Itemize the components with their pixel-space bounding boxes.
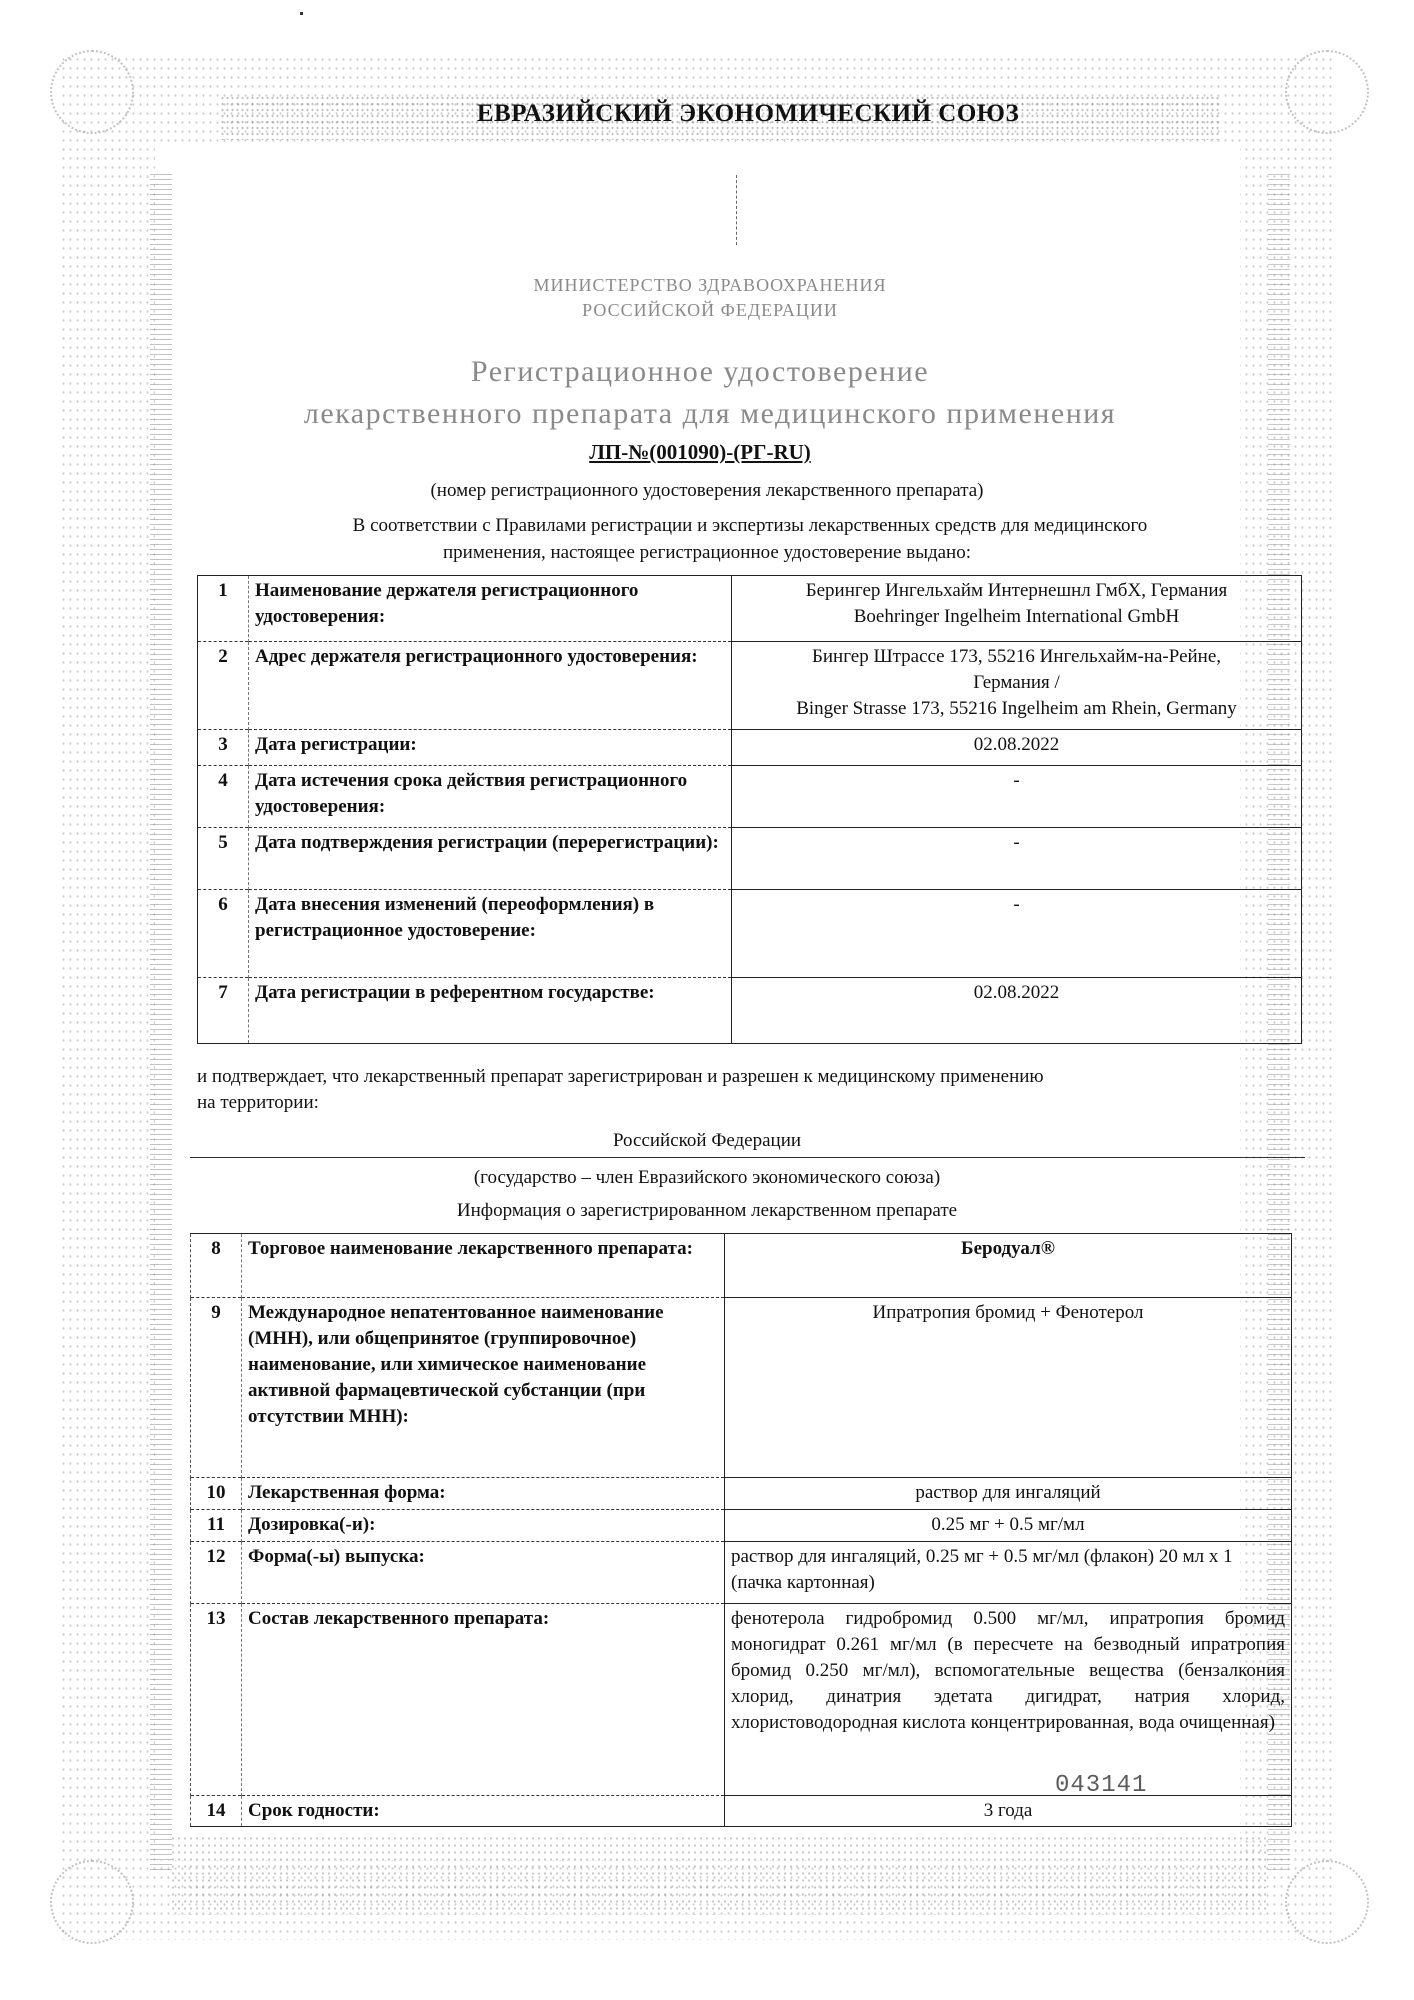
row-label: Дозировка(-и): xyxy=(242,1510,725,1542)
frame-corner-rosette-icon xyxy=(50,1860,134,1944)
row-value: Бингер Штрассе 173, 55216 Ингельхайм-на-… xyxy=(732,642,1302,730)
table-row: 13 Состав лекарственного препарата: фено… xyxy=(191,1604,1292,1796)
row-number: 9 xyxy=(191,1298,242,1478)
table-row: 4 Дата истечения срока действия регистра… xyxy=(198,766,1302,828)
registration-number: ЛП-№(001090)-(РГ-RU) xyxy=(560,440,840,465)
registration-number-caption: (номер регистрационного удостоверения ле… xyxy=(0,480,1414,502)
row-number: 7 xyxy=(198,978,249,1044)
row-label: Лекарственная форма: xyxy=(242,1478,725,1510)
row-label: Адрес держателя регистрационного удостов… xyxy=(249,642,732,730)
territory-caption: (государство – член Евразийского экономи… xyxy=(0,1167,1414,1189)
table-row: 14 Срок годности: 3 года xyxy=(191,1796,1292,1827)
table-row: 2 Адрес держателя регистрационного удост… xyxy=(198,642,1302,730)
row-number: 1 xyxy=(198,576,249,642)
table-row: 8 Торговое наименование лекарственного п… xyxy=(191,1234,1292,1298)
row-value: 02.08.2022 xyxy=(732,730,1302,766)
form-serial-number: 043141 xyxy=(1055,1772,1147,1799)
frame-ornament-bottom xyxy=(170,1835,1270,1915)
value-line: Берингер Ингельхайм Интернешнл ГмбХ, Гер… xyxy=(738,578,1295,604)
row-number: 5 xyxy=(198,828,249,890)
product-info-table: 8 Торговое наименование лекарственного п… xyxy=(190,1233,1292,1827)
table-row: 10 Лекарственная форма: раствор для инга… xyxy=(191,1478,1292,1510)
confirmation-text-line1: и подтверждает, что лекарственный препар… xyxy=(197,1066,1307,1088)
row-label: Дата регистрации в референтном государст… xyxy=(249,978,732,1044)
row-number: 3 xyxy=(198,730,249,766)
row-label: Форма(-ы) выпуска: xyxy=(242,1542,725,1604)
value-line: Бингер Штрассе 173, 55216 Ингельхайм-на-… xyxy=(738,644,1295,670)
row-number: 8 xyxy=(191,1234,242,1298)
value-line: Германия / xyxy=(738,670,1295,696)
holder-info-table: 1 Наименование держателя регистрационног… xyxy=(197,575,1302,1044)
table-row: 9 Международное непатентованное наименов… xyxy=(191,1298,1292,1478)
table-row: 1 Наименование держателя регистрационног… xyxy=(198,576,1302,642)
value-line: Binger Strasse 173, 55216 Ingelheim am R… xyxy=(738,696,1295,722)
row-label: Наименование держателя регистрационного … xyxy=(249,576,732,642)
composition-value: фенотерола гидробромид 0.500 мг/мл, ипра… xyxy=(725,1604,1292,1796)
row-number: 10 xyxy=(191,1478,242,1510)
frame-ornament-left xyxy=(150,170,172,1870)
certificate-title-line1: Регистрационное удостоверение xyxy=(300,355,1100,389)
row-number: 6 xyxy=(198,890,249,978)
union-title: ЕВРАЗИЙСКИЙ ЭКОНОМИЧЕСКИЙ СОЮЗ xyxy=(468,100,1028,128)
row-number: 12 xyxy=(191,1542,242,1604)
row-value: - xyxy=(732,890,1302,978)
frame-corner-rosette-icon xyxy=(1285,1860,1369,1944)
shelf-life-value: 3 года xyxy=(725,1796,1292,1827)
row-label: Дата подтверждения регистрации (перереги… xyxy=(249,828,732,890)
table-row: 6 Дата внесения изменений (переоформлени… xyxy=(198,890,1302,978)
inn-value: Ипратропия бромид + Фенотерол xyxy=(725,1298,1292,1478)
product-info-heading: Информация о зарегистрированном лекарств… xyxy=(0,1200,1414,1222)
row-label: Дата регистрации: xyxy=(249,730,732,766)
row-label: Дата истечения срока действия регистраци… xyxy=(249,766,732,828)
frame-corner-rosette-icon xyxy=(50,50,134,134)
center-guide-line xyxy=(736,175,738,245)
row-label: Торговое наименование лекарственного пре… xyxy=(242,1234,725,1298)
territory-name: Российской Федерации xyxy=(0,1130,1414,1152)
scan-artifact xyxy=(300,12,303,15)
territory-underline xyxy=(190,1157,1305,1158)
intro-text-line1: В соответствии с Правилами регистрации и… xyxy=(240,515,1260,537)
row-number: 11 xyxy=(191,1510,242,1542)
release-form-value: раствор для ингаляций, 0.25 мг + 0.5 мг/… xyxy=(725,1542,1292,1604)
table-row: 12 Форма(-ы) выпуска: раствор для ингаля… xyxy=(191,1542,1292,1604)
dosage-value: 0.25 мг + 0.5 мг/мл xyxy=(725,1510,1292,1542)
row-label: Дата внесения изменений (переоформления)… xyxy=(249,890,732,978)
intro-text-line2: применения, настоящее регистрационное уд… xyxy=(0,542,1414,564)
row-label: Срок годности: xyxy=(242,1796,725,1827)
row-number: 2 xyxy=(198,642,249,730)
table-row: 7 Дата регистрации в референтном государ… xyxy=(198,978,1302,1044)
row-value: Берингер Ингельхайм Интернешнл ГмбХ, Гер… xyxy=(732,576,1302,642)
ministry-name-line2: РОССИЙСКОЙ ФЕДЕРАЦИИ xyxy=(430,300,990,321)
row-value: - xyxy=(732,828,1302,890)
confirmation-text-line2: на территории: xyxy=(197,1092,319,1114)
row-number: 14 xyxy=(191,1796,242,1827)
certificate-title-line2: лекарственного препарата для медицинског… xyxy=(210,397,1210,431)
row-number: 4 xyxy=(198,766,249,828)
value-line: Boehringer Ingelheim International GmbH xyxy=(738,604,1295,630)
row-value: 02.08.2022 xyxy=(732,978,1302,1044)
row-label: Состав лекарственного препарата: xyxy=(242,1604,725,1796)
table-row: 3 Дата регистрации: 02.08.2022 xyxy=(198,730,1302,766)
trade-name-value: Беродуал® xyxy=(725,1234,1292,1298)
ministry-name-line1: МИНИСТЕРСТВО ЗДРАВООХРАНЕНИЯ xyxy=(430,275,990,296)
dosage-form-value: раствор для ингаляций xyxy=(725,1478,1292,1510)
frame-corner-rosette-icon xyxy=(1285,50,1369,134)
row-number: 13 xyxy=(191,1604,242,1796)
row-label: Международное непатентованное наименован… xyxy=(242,1298,725,1478)
table-row: 5 Дата подтверждения регистрации (перере… xyxy=(198,828,1302,890)
row-value: - xyxy=(732,766,1302,828)
table-row: 11 Дозировка(-и): 0.25 мг + 0.5 мг/мл xyxy=(191,1510,1292,1542)
